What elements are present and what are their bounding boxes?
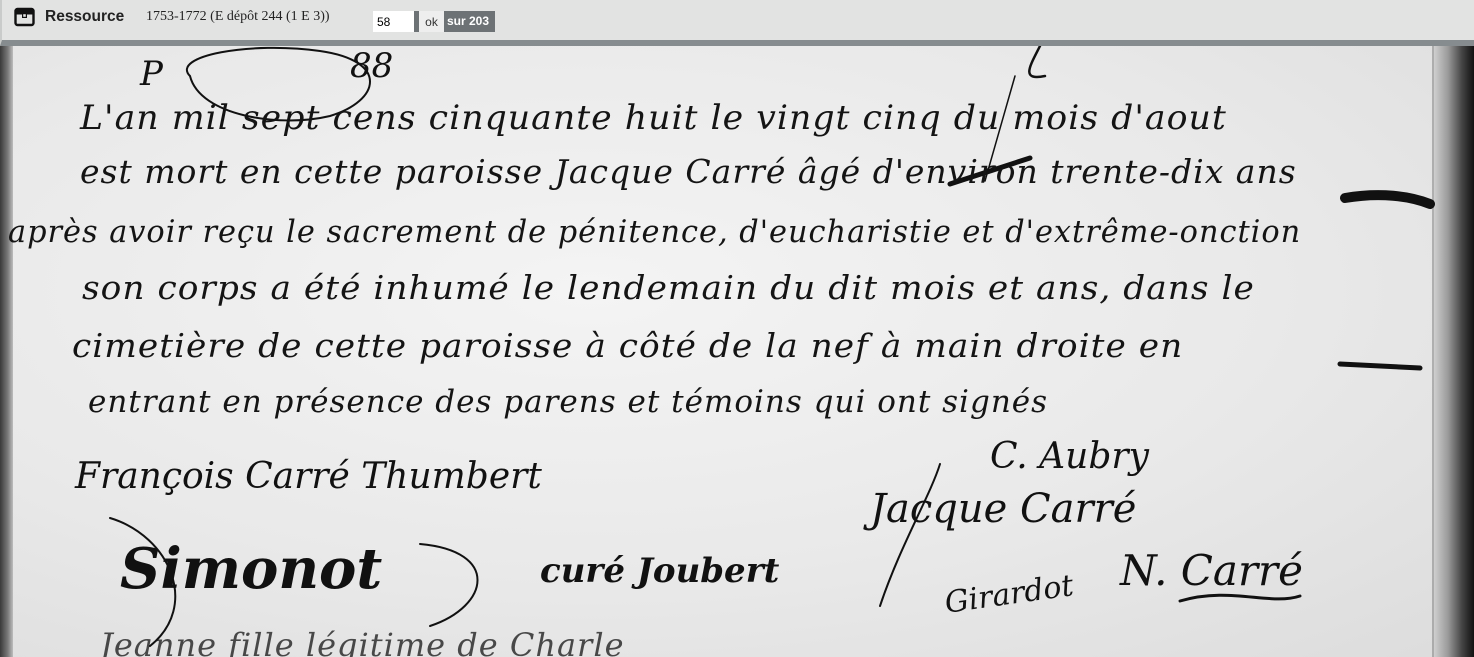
resource-title: Ressource xyxy=(45,8,124,26)
document-image-viewer[interactable]: P 88 L'an mil sept cens cinquante huit l… xyxy=(0,46,1474,657)
resource-subtitle: 1753-1772 (E dépôt 244 (1 E 3)) xyxy=(146,9,330,25)
signature-n-carre: N. Carré xyxy=(1120,546,1303,595)
resource-toolbar: Ressource 1753-1772 (E dépôt 244 (1 E 3)… xyxy=(0,0,1474,46)
next-record-fragment: Jeanne fille légitime de Charle xyxy=(100,626,625,657)
record-line-6: entrant en présence des parens et témoin… xyxy=(88,384,1048,420)
signature-jacque-carre: Jacque Carré xyxy=(870,486,1136,532)
record-line-3: après avoir reçu le sacrement de péniten… xyxy=(8,214,1301,250)
page-total-label: sur 203 xyxy=(444,11,495,32)
margin-note: P xyxy=(140,54,163,94)
signature-aubry: C. Aubry xyxy=(990,436,1149,477)
page-navigator: ok sur 203 xyxy=(373,11,495,32)
page-number-input[interactable] xyxy=(373,11,414,32)
signature-simonot: Simonot xyxy=(120,536,382,602)
signature-francois-carre: François Carré Thumbert xyxy=(75,456,542,497)
record-line-1: L'an mil sept cens cinquante huit le vin… xyxy=(80,98,1227,138)
folio-mark: 88 xyxy=(350,46,393,86)
record-line-2: est mort en cette paroisse Jacque Carré … xyxy=(80,152,1297,191)
record-line-4: son corps a été inhumé le lendemain du d… xyxy=(82,268,1255,307)
archive-box-icon xyxy=(14,7,35,27)
signature-cure-joubert: curé Joubert xyxy=(540,551,779,591)
record-line-5: cimetière de cette paroisse à côté de la… xyxy=(72,326,1183,365)
go-to-page-button[interactable]: ok xyxy=(419,11,444,32)
